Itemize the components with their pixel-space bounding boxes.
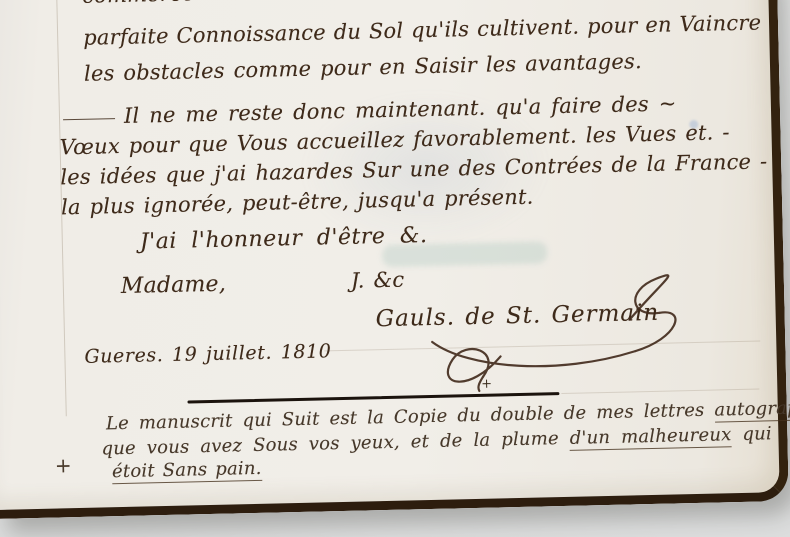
handwriting-line: la plus ignorée, peut-être, jusqu'a prés…	[61, 185, 534, 220]
salutation-madame: Madame,	[121, 272, 227, 300]
postscript-underlined-text: d'un malheureux	[570, 424, 732, 451]
rule-cross-mark: +	[481, 377, 492, 392]
handwriting-line-fragment: commerce	[82, 0, 195, 8]
handwriting-line: parfaite Connoissance du Sol qu'ils cult…	[83, 10, 762, 50]
postscript-text: qui	[731, 423, 772, 445]
margin-cross-mark: +	[55, 454, 72, 477]
postscript-underlined-text: autographes	[714, 397, 790, 423]
dateline: Gueres. 19 juillet. 1810	[84, 341, 332, 368]
handwriting-line: les obstacles comme pour en Saisir les a…	[84, 49, 642, 86]
manuscript-page: commerce parfaite Connoissance du Sol qu…	[0, 0, 789, 519]
postscript-underlined-text: étoit Sans pain.	[112, 458, 262, 484]
honneur-closing-line: J'ai l'honneur d'être &.	[140, 223, 428, 255]
postscript-line: étoit Sans pain.	[112, 459, 262, 483]
paragraph-lead-stroke	[63, 118, 115, 120]
photo-background: { "manuscript": { "lines": [ "commerce",…	[0, 0, 790, 537]
signature-flourish	[371, 266, 710, 410]
